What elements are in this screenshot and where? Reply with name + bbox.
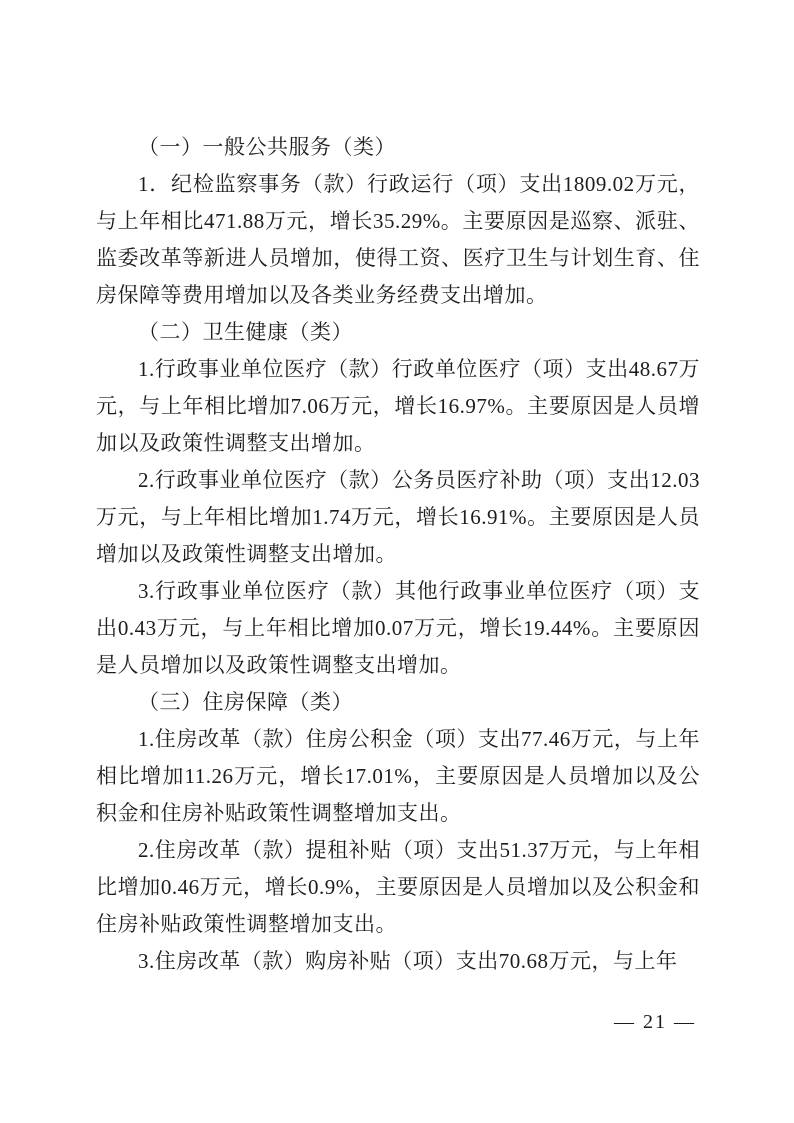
section-heading: （一）一般公共服务（类） [96, 129, 700, 166]
paragraph: 3.行政事业单位医疗（款）其他行政事业单位医疗（项）支出0.43万元，与上年相比… [96, 573, 700, 684]
paragraph: 2.住房改革（款）提租补贴（项）支出51.37万元，与上年相比增加0.46万元，… [96, 832, 700, 943]
section-heading: （二）卫生健康（类） [96, 314, 700, 351]
paragraph: 1.行政事业单位医疗（款）行政单位医疗（项）支出48.67万元，与上年相比增加7… [96, 351, 700, 462]
page-number: — 21 — [614, 1011, 696, 1033]
document-body: （一）一般公共服务（类）1．纪检监察事务（款）行政运行（项）支出1809.02万… [96, 129, 700, 980]
document-page: （一）一般公共服务（类）1．纪检监察事务（款）行政运行（项）支出1809.02万… [0, 0, 794, 1123]
page-footer: — 21 — [614, 1008, 696, 1036]
paragraph: 3.住房改革（款）购房补贴（项）支出70.68万元，与上年 [96, 943, 700, 980]
paragraph: 1.住房改革（款）住房公积金（项）支出77.46万元，与上年相比增加11.26万… [96, 721, 700, 832]
paragraph: 1．纪检监察事务（款）行政运行（项）支出1809.02万元，与上年相比471.8… [96, 166, 700, 314]
section-heading: （三）住房保障（类） [96, 684, 700, 721]
paragraph: 2.行政事业单位医疗（款）公务员医疗补助（项）支出12.03万元，与上年相比增加… [96, 462, 700, 573]
